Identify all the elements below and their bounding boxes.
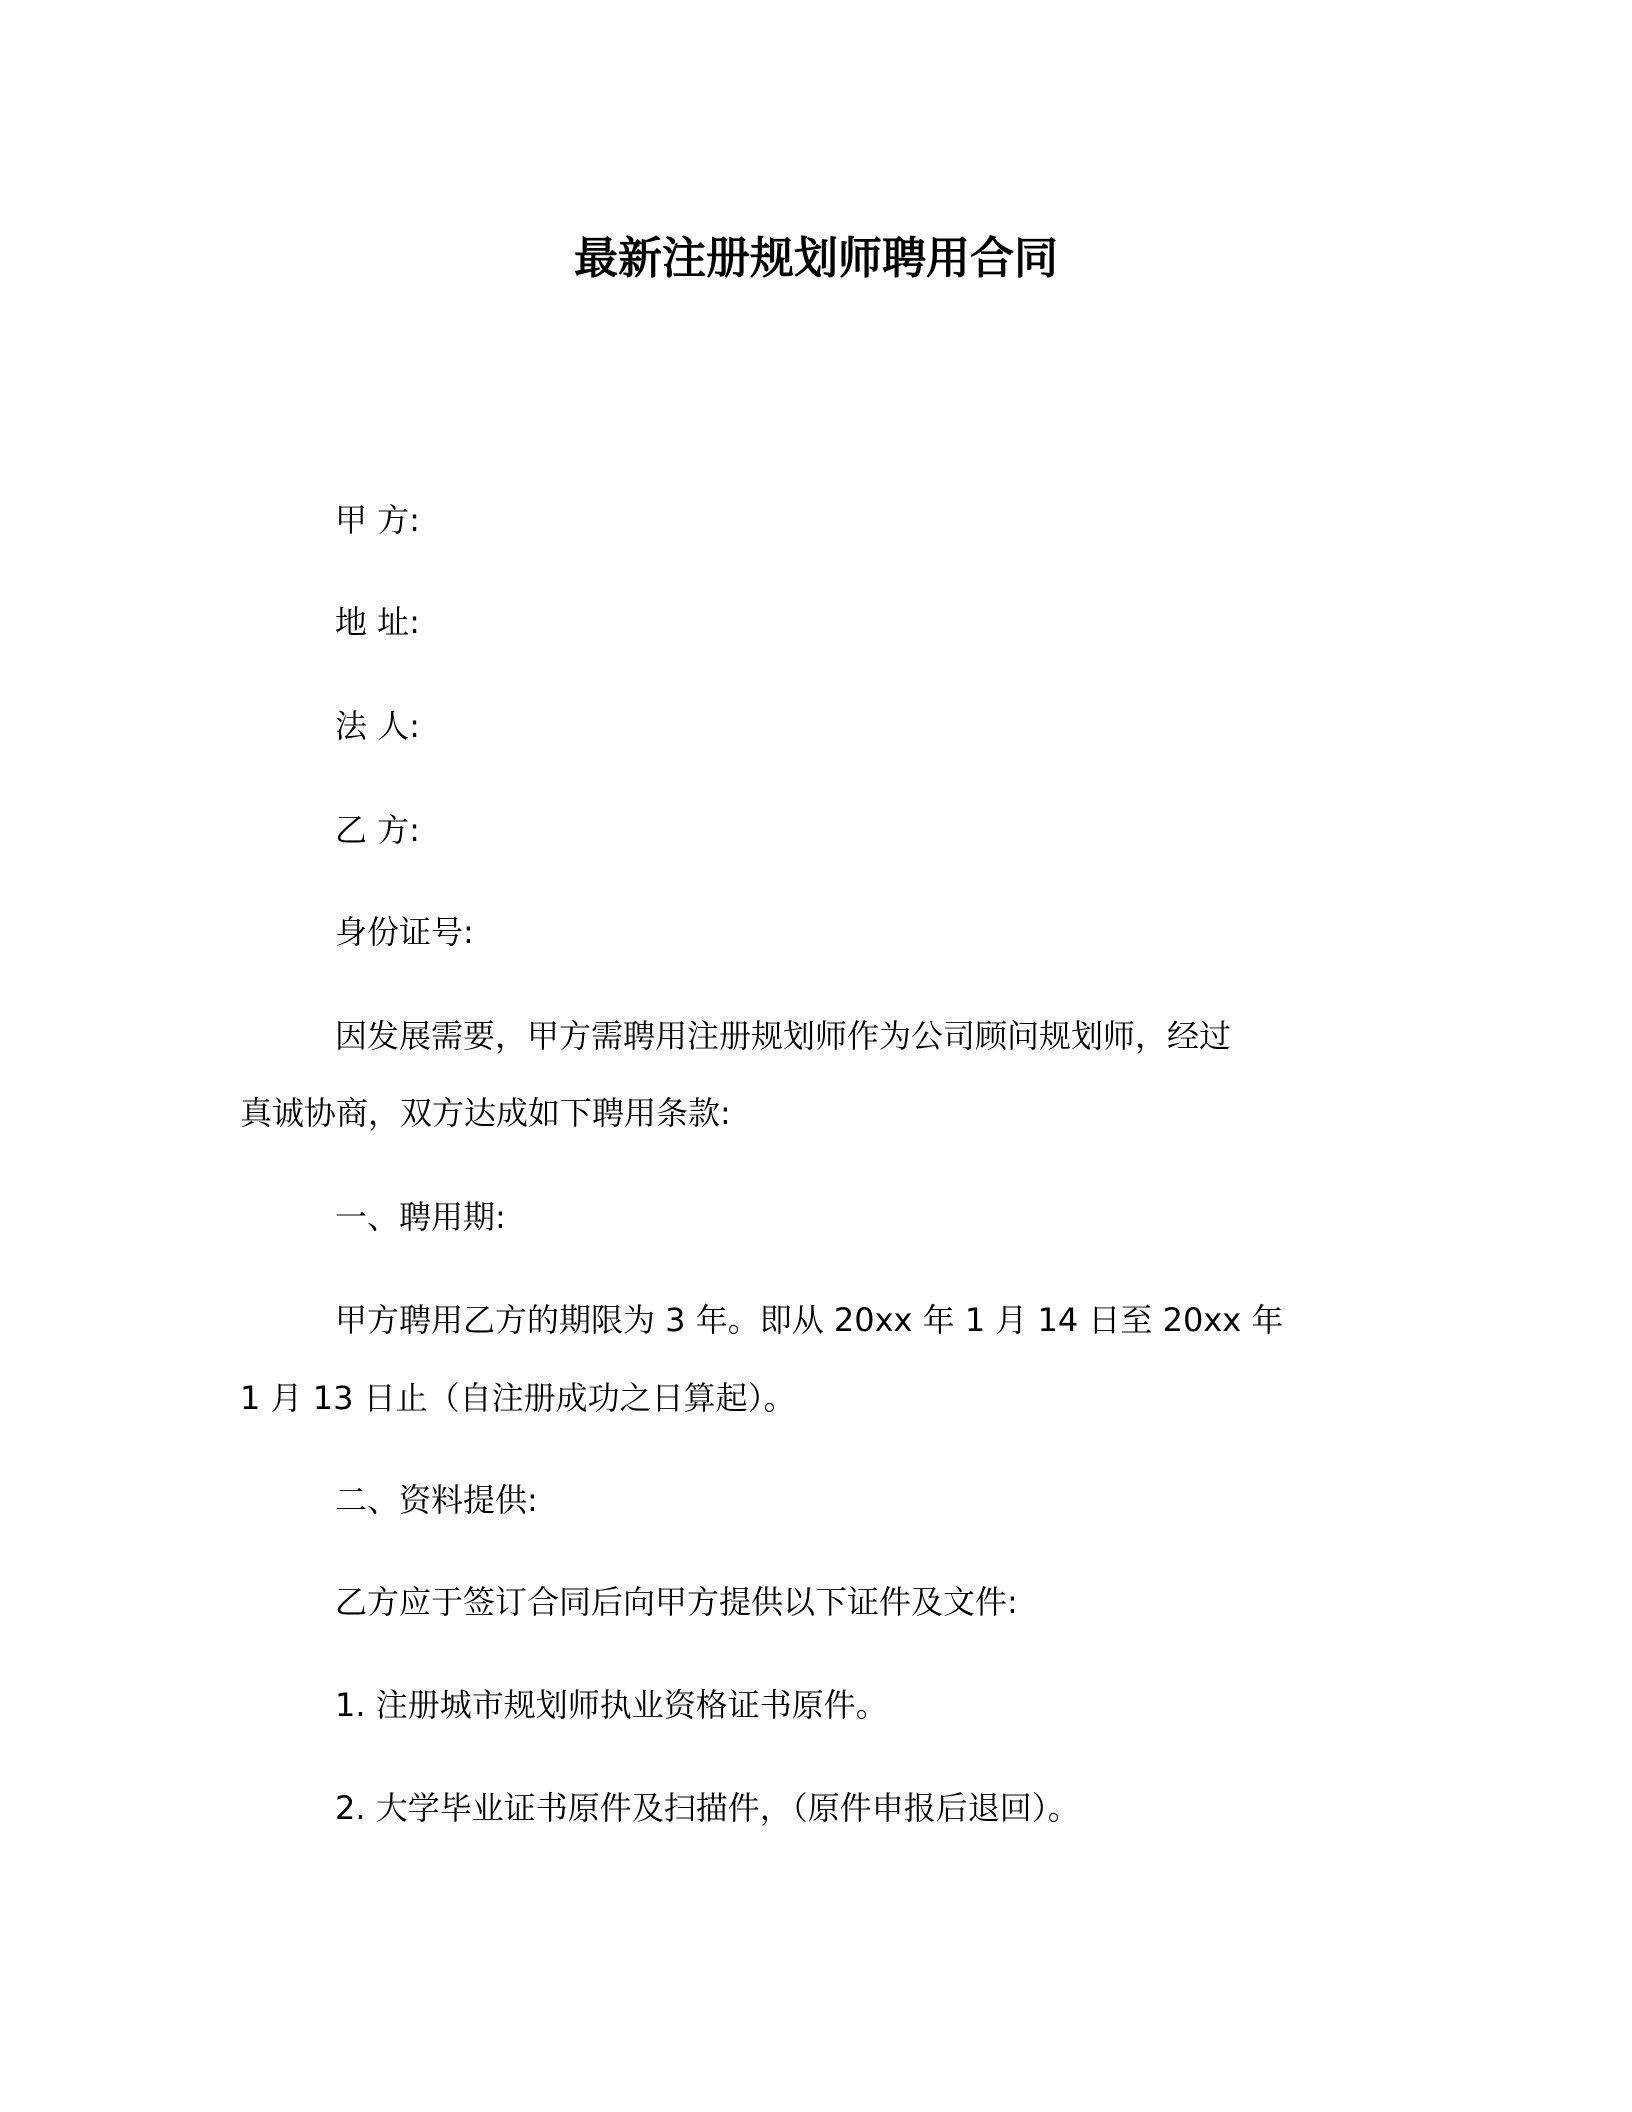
intro-paragraph-line1: 因发展需要，甲方需聘用注册规划师作为公司顾问规划师，经过 xyxy=(335,1016,1231,1056)
section2-intro: 乙方应于签订合同后向甲方提供以下证件及文件: xyxy=(335,1582,1018,1622)
section2-list-item: 1. 注册城市规划师执业资格证书原件。 xyxy=(335,1685,888,1725)
document-title: 最新注册规划师聘用合同 xyxy=(0,222,1632,286)
section1-text-line2: 1 月 13 日止（自注册成功之日算起）。 xyxy=(240,1378,796,1418)
field-party-a: 甲 方: xyxy=(335,500,420,540)
field-address: 地 址: xyxy=(335,602,420,642)
section1-text-line1: 甲方聘用乙方的期限为 3 年。即从 20xx 年 1 月 14 日至 20xx … xyxy=(335,1300,1283,1340)
section2-list-item: 2. 大学毕业证书原件及扫描件，（原件申报后退回）。 xyxy=(335,1788,1080,1828)
field-party-b: 乙 方: xyxy=(335,810,420,850)
section2-heading: 二、资料提供: xyxy=(335,1480,538,1520)
intro-paragraph-line2: 真诚协商，双方达成如下聘用条款: xyxy=(240,1093,731,1133)
section1-heading: 一、聘用期: xyxy=(335,1197,506,1237)
field-id-number: 身份证号: xyxy=(335,912,474,952)
field-legal-person: 法 人: xyxy=(335,706,420,746)
